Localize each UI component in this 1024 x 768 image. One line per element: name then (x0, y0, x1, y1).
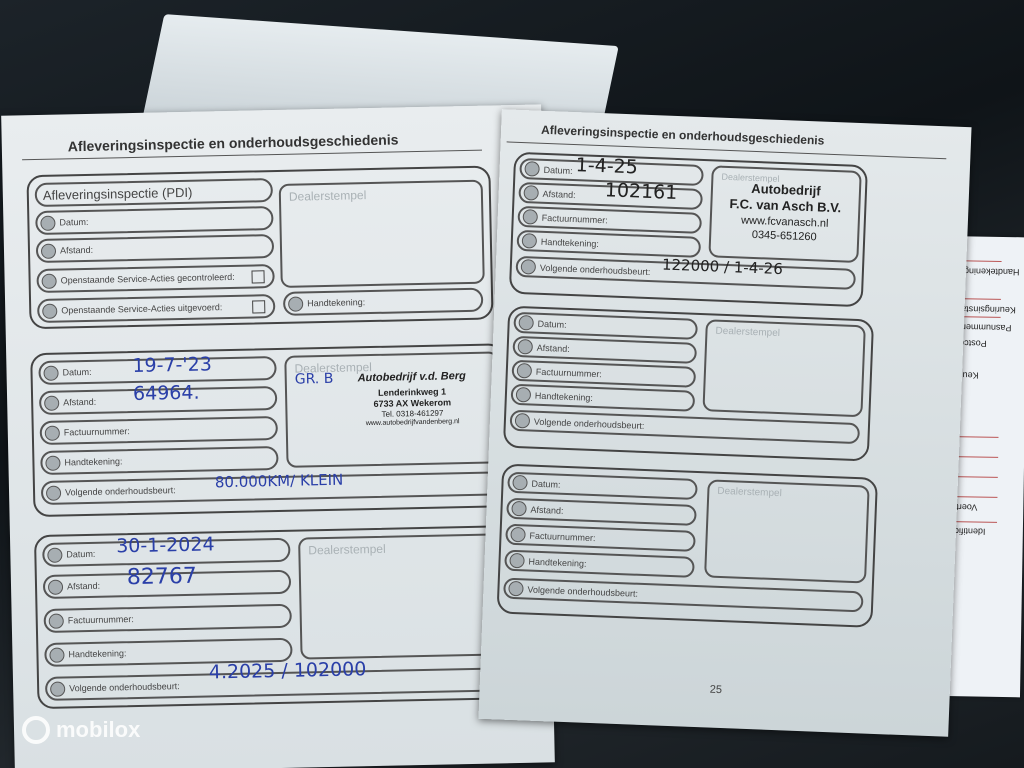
distance-field[interactable]: Afstand: (512, 336, 697, 364)
dealer-stamp-box: Dealerstempel (704, 479, 870, 583)
watermark: mobilox (22, 716, 140, 744)
pdi-signature-field[interactable]: Handtekening: (283, 288, 483, 316)
bullet-icon (509, 553, 525, 569)
bullet-icon (521, 259, 537, 275)
invoice-field[interactable]: Factuurnummer: (505, 524, 696, 552)
service-entry-4: Datum: Afstand: Factuurnummer: Handteken… (503, 306, 874, 462)
date-field[interactable]: Datum: (507, 472, 698, 500)
bullet-icon (522, 209, 538, 225)
bullet-icon (44, 395, 59, 410)
dealer-stamp-box: Dealerstempel (702, 319, 865, 417)
bullet-icon (511, 501, 527, 517)
bullet-icon (43, 365, 58, 380)
pdi-date-field[interactable]: Datum: (35, 206, 273, 235)
handwritten-date: 19-7-'23 (132, 353, 212, 377)
bullet-icon (508, 581, 524, 597)
mobilox-logo-icon (22, 716, 50, 744)
service-entry-1: Datum: 19-7-'23 Afstand: 64964. Factuurn… (30, 343, 507, 517)
pdi-header: Afleveringsinspectie (PDI) (35, 178, 273, 207)
handwritten-date: 1-4-25 (575, 154, 638, 178)
date-field[interactable]: Datum: (513, 312, 698, 340)
page-title: Afleveringsinspectie en onderhoudsgeschi… (68, 131, 399, 154)
bullet-icon (41, 273, 56, 288)
invoice-field[interactable]: Factuurnummer: (40, 416, 278, 445)
left-page: Afleveringsinspectie en onderhoudsgeschi… (1, 104, 555, 768)
pdi-service-done-field[interactable]: Openstaande Service-Acties uitgevoerd: (37, 294, 275, 323)
bullet-icon (40, 215, 55, 230)
pdi-service-checked-field[interactable]: Openstaande Service-Acties gecontroleerd… (36, 264, 274, 293)
bullet-icon (45, 455, 60, 470)
bullet-icon (517, 339, 533, 355)
next-service-field[interactable]: Volgende onderhoudsbeurt: (503, 578, 864, 613)
signature-field[interactable]: Handtekening: (504, 550, 695, 578)
bullet-icon (510, 527, 526, 543)
checkbox[interactable] (251, 270, 264, 283)
bullet-icon (523, 185, 539, 201)
bullet-icon (41, 243, 56, 258)
checkbox[interactable] (252, 300, 265, 313)
bullet-icon (288, 296, 303, 311)
bullet-icon (49, 647, 64, 662)
invoice-field[interactable]: Factuurnummer: (517, 206, 702, 234)
handwritten-next-service: 4.2025 / 102000 (209, 658, 367, 683)
invoice-field[interactable]: Factuurnummer: (44, 604, 292, 633)
bullet-icon (48, 579, 63, 594)
handwritten-next-service: 80.000KM/ KLEIN (215, 471, 344, 492)
pdi-distance-field[interactable]: Afstand: (36, 234, 274, 263)
dealer-stamp-box: Dealerstempel (279, 180, 485, 288)
signature-field[interactable]: Handtekening: (516, 230, 701, 258)
service-entry-3: Datum: 1-4-25 Afstand: 102161 Factuurnum… (509, 152, 868, 307)
page-number: 25 (710, 684, 723, 696)
bullet-icon (522, 233, 538, 249)
bullet-icon (45, 425, 60, 440)
stamp-dealer-name: Autobedrijf v.d. Berg (327, 369, 497, 385)
handwritten-distance: 64964. (133, 382, 200, 405)
invoice-field[interactable]: Factuurnummer: (511, 360, 696, 388)
bullet-icon (512, 475, 528, 491)
bullet-icon (50, 681, 65, 696)
signature-field[interactable]: Handtekening: (40, 446, 278, 475)
bullet-icon (516, 387, 532, 403)
handwritten-date: 30-1-2024 (116, 533, 215, 557)
dealer-stamp-box: Dealerstempel GR. B Autobedrijf v.d. Ber… (284, 351, 500, 467)
pdi-block: Afleveringsinspectie (PDI) Datum: Afstan… (26, 165, 493, 329)
bullet-icon (524, 161, 540, 177)
bullet-icon (47, 547, 62, 562)
bullet-icon (518, 315, 534, 331)
service-entry-5: Datum: Afstand: Factuurnummer: Handteken… (497, 463, 878, 627)
handwritten-distance: 102161 (604, 179, 677, 204)
bullet-icon (42, 303, 57, 318)
bullet-icon (49, 613, 64, 628)
service-entry-2: Datum: 30-1-2024 Afstand: 82767 Factuurn… (34, 525, 542, 710)
signature-field[interactable]: Handtekening: (511, 384, 696, 412)
bullet-icon (515, 413, 531, 429)
handwritten-distance: 82767 (127, 564, 198, 590)
right-page: Afleveringsinspectie en onderhoudsgeschi… (478, 109, 971, 737)
dealer-stamp-box: Dealerstempel Autobedrijf F.C. van Asch … (708, 165, 861, 263)
bullet-icon (46, 485, 61, 500)
distance-field[interactable]: Afstand: (506, 498, 697, 526)
bullet-icon (517, 363, 533, 379)
